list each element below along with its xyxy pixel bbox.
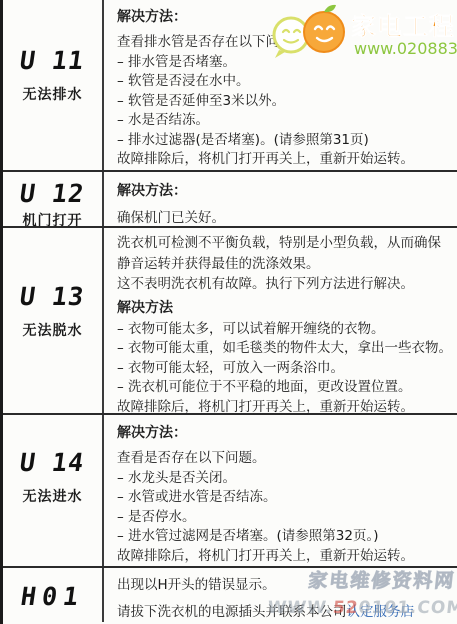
error-row-h01: H01 出现以H开头的错误显示。 请拔下洗衣机的电源插头并联系本公司认定服务店	[3, 566, 457, 622]
error-row-u14: U 14 无法进水 解决方法： 查看是否存在以下问题。 – 水龙头是否关闭。 –…	[3, 413, 457, 566]
solution-bullet: – 衣物可能太多，可以试着解开缠绕的衣物。	[117, 320, 452, 340]
solution-intro: 查看排水管是否存在以下问题。	[117, 33, 451, 53]
error-code-display-u13: U 13	[18, 282, 86, 311]
solution-bullet: – 水管或进水管是否结冻。	[117, 488, 451, 508]
solution-bullet: – 软管是否浸在水中。	[117, 72, 451, 92]
unbalanced-load-note: 洗衣机可检测不平衡负载，特别是小型负载，从而确保静音运转并获得最佳的洗涤效果。	[117, 233, 452, 274]
solution-cell-u13: 洗衣机可检测不平衡负载，特别是小型负载，从而确保静音运转并获得最佳的洗涤效果。 …	[102, 228, 457, 413]
error-code-cell-u12: U 12 机门打开	[3, 172, 102, 226]
error-code-display-u12: U 12	[18, 179, 86, 208]
solution-cell-u12: 解决方法： 确保机门已关好。	[102, 172, 457, 226]
solution-intro: 查看是否存在以下问题。	[117, 449, 451, 469]
error-code-cell-u11: U 11 无法排水	[3, 0, 102, 170]
solution-bullet: – 水是否结冻。	[117, 111, 451, 131]
error-code-label-u13: 无法脱水	[23, 320, 83, 340]
error-code-cell-h01: H01	[3, 568, 102, 622]
error-code-display-u11: U 11	[18, 46, 86, 75]
solution-heading: 解决方法：	[117, 423, 451, 443]
error-code-display-u14: U 14	[18, 448, 86, 477]
error-code-cell-u14: U 14 无法进水	[3, 415, 102, 566]
error-code-display-h01: H01	[19, 582, 86, 611]
error-row-u13: U 13 无法脱水 洗衣机可检测不平衡负载，特别是小型负载，从而确保静音运转并获…	[3, 226, 457, 413]
solution-bullet: – 进水管过滤网是否堵塞。(请参照第32页。)	[117, 527, 451, 547]
service-shop-text: 认定服务店	[347, 604, 415, 620]
solution-heading: 解决方法	[117, 298, 452, 318]
unbalanced-load-note-2: 这不表明洗衣机有故障。执行下列方法进行解决。	[117, 274, 452, 295]
solution-bullet: – 衣物可能太轻，可放入一两条浴巾。	[117, 359, 452, 379]
error-code-label-u14: 无法进水	[23, 486, 83, 506]
solution-bullet: – 排水管是否堵塞。	[117, 53, 451, 73]
solution-footer: 故障排除后，将机门打开再关上，重新开始运转。	[117, 547, 451, 567]
solution-footer: 故障排除后，将机门打开再关上，重新开始运转。	[117, 150, 451, 170]
manual-page: U 11 无法排水 解决方法： 查看排水管是否存在以下问题。 – 排水管是否堵塞…	[0, 0, 457, 624]
h-error-instruction-text: 请拔下洗衣机的电源插头并联系本公司	[117, 604, 347, 620]
error-row-u11: U 11 无法排水 解决方法： 查看排水管是否存在以下问题。 – 排水管是否堵塞…	[3, 0, 457, 170]
error-row-u12: U 12 机门打开 解决方法： 确保机门已关好。	[3, 170, 457, 226]
h-error-line: 出现以H开头的错误显示。	[117, 576, 451, 596]
error-code-label-u12: 机门打开	[23, 210, 83, 230]
solution-bullet: – 排水过滤器(是否堵塞)。(请参照第31页)	[117, 131, 451, 151]
solution-bullet: – 水龙头是否关闭。	[117, 469, 451, 489]
solution-bullet: – 洗衣机可能位于不平稳的地面，更改设置位置。	[117, 378, 452, 398]
error-code-cell-u13: U 13 无法脱水	[3, 228, 102, 413]
solution-bullet: – 是否停水。	[117, 508, 451, 528]
error-code-label-u11: 无法排水	[23, 84, 83, 104]
solution-heading: 解决方法：	[117, 7, 451, 27]
solution-cell-u11: 解决方法： 查看排水管是否存在以下问题。 – 排水管是否堵塞。 – 软管是否浸在…	[102, 0, 457, 170]
h-error-instruction: 请拔下洗衣机的电源插头并联系本公司认定服务店	[117, 603, 451, 623]
solution-cell-h01: 出现以H开头的错误显示。 请拔下洗衣机的电源插头并联系本公司认定服务店	[102, 568, 457, 622]
solution-bullet: – 软管是否延伸至3米以外。	[117, 92, 451, 112]
solution-cell-u14: 解决方法： 查看是否存在以下问题。 – 水龙头是否关闭。 – 水管或进水管是否结…	[102, 415, 457, 566]
solution-body: 确保机门已关好。	[117, 209, 451, 229]
solution-heading: 解决方法：	[117, 181, 451, 201]
solution-bullet: – 衣物可能太重，如毛毯类的物件太大，拿出一些衣物。	[117, 339, 452, 359]
